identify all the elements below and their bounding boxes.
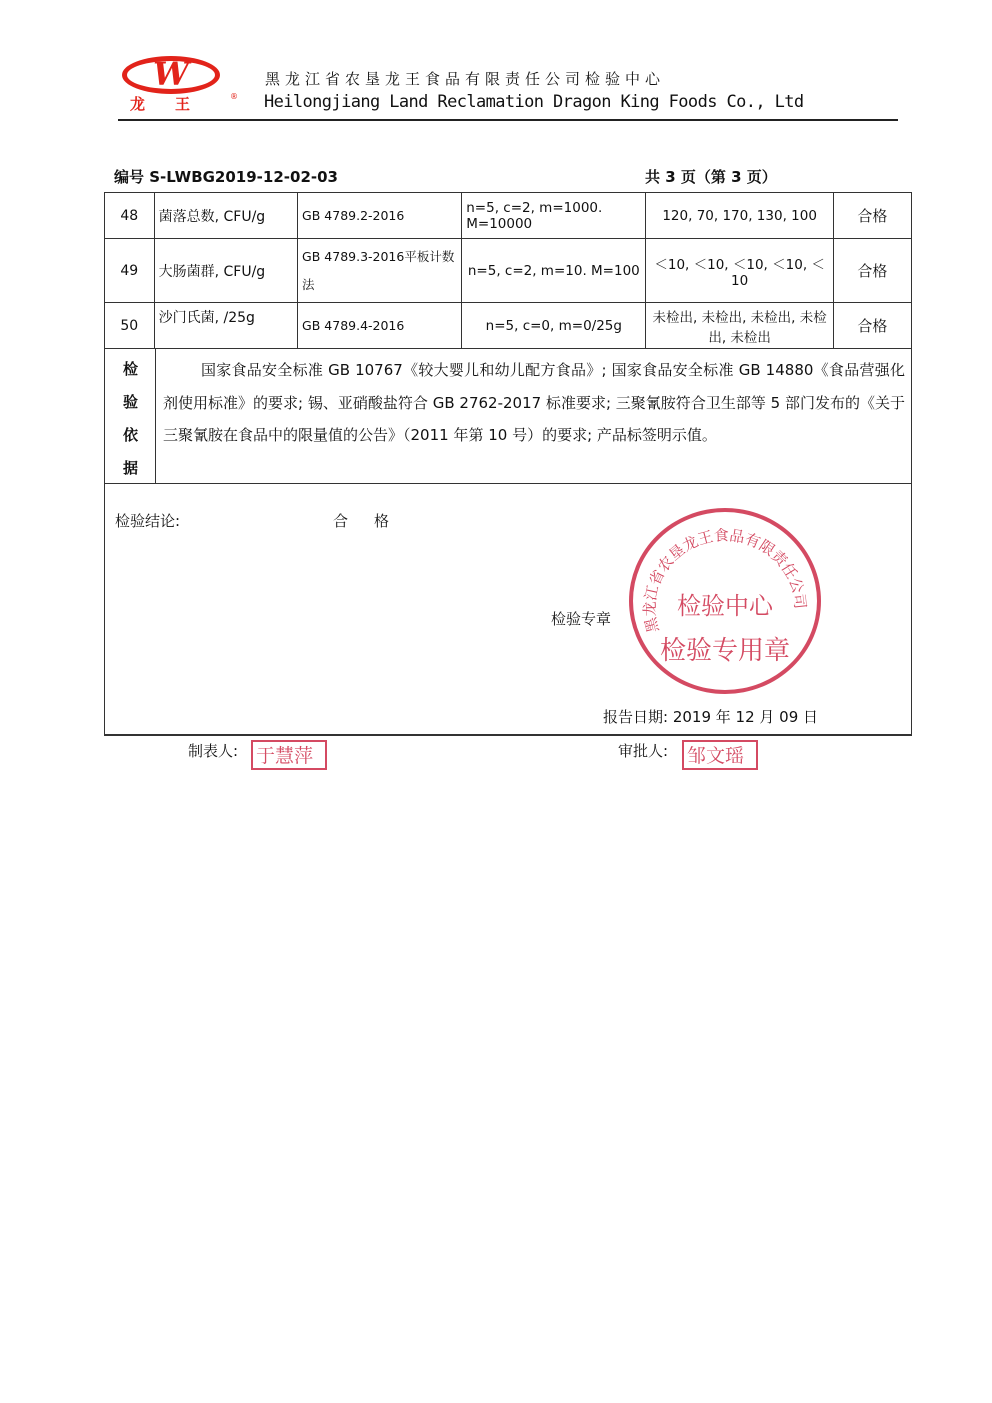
standard-limit: n=5, c=2, m=1000. M=10000: [462, 193, 646, 239]
label-char: 检: [123, 358, 138, 379]
letterhead: W 龙王 ® 黑龙江省农垦龙王食品有限责任公司检验中心 Heilongjiang…: [118, 54, 898, 120]
item-number: 49: [105, 239, 155, 303]
header-divider: [118, 119, 898, 121]
test-result: ＜10, ＜10, ＜10, ＜10, ＜10: [646, 239, 833, 303]
verdict: 合格: [833, 303, 911, 349]
signatures: 制表人: 于慧萍 审批人: 邹文瑶: [104, 736, 912, 776]
label-char: 据: [123, 457, 138, 478]
seal-center-line2: 检验专用章: [633, 630, 817, 667]
approver-name-stamp: 邹文瑶: [682, 740, 758, 770]
label-char: 验: [123, 391, 138, 412]
test-result: 120, 70, 170, 130, 100: [646, 193, 833, 239]
registered-mark-icon: ®: [230, 92, 238, 101]
item-name: 大肠菌群, CFU/g: [154, 239, 297, 303]
test-method: GB 4789.4-2016: [298, 303, 462, 349]
company-name-cn: 黑龙江省农垦龙王食品有限责任公司检验中心: [265, 68, 665, 89]
standard-limit: n=5, c=2, m=10. M=100: [462, 239, 646, 303]
document-number: 编号 S-LWBG2019-12-02-03: [114, 166, 338, 187]
table-row: 48 菌落总数, CFU/g GB 4789.2-2016 n=5, c=2, …: [105, 193, 912, 239]
table-row: 50 沙门氏菌, /25g GB 4789.4-2016 n=5, c=0, m…: [105, 303, 912, 349]
conclusion-value: 合格: [333, 510, 415, 531]
page-info: 共 3 页（第 3 页）: [645, 166, 777, 187]
inspection-basis-section: 检 验 依 据 国家食品安全标准 GB 10767《较大婴儿和幼儿配方食品》; …: [104, 348, 912, 484]
company-logo: W 龙王 ®: [118, 54, 230, 116]
company-name-en: Heilongjiang Land Reclamation Dragon Kin…: [264, 92, 804, 112]
conclusion-label: 检验结论:: [115, 510, 180, 531]
test-method: GB 4789.3-2016平板计数法: [298, 239, 462, 303]
item-number: 48: [105, 193, 155, 239]
test-method: GB 4789.2-2016: [298, 193, 462, 239]
conclusion-section: 检验结论: 合格 检验专章 黑龙江省农垦龙王食品有限责任公司 检验中心 检验专用…: [104, 484, 912, 736]
item-number: 50: [105, 303, 155, 349]
verdict: 合格: [833, 193, 911, 239]
inspection-basis-text: 国家食品安全标准 GB 10767《较大婴儿和幼儿配方食品》; 国家食品安全标准…: [163, 354, 905, 452]
maker-name-stamp: 于慧萍: [251, 740, 327, 770]
logo-letter: W: [122, 54, 220, 94]
item-name: 菌落总数, CFU/g: [154, 193, 297, 239]
maker-label: 制表人:: [188, 740, 238, 761]
test-items-table: 48 菌落总数, CFU/g GB 4789.2-2016 n=5, c=2, …: [104, 192, 912, 349]
report-date: 报告日期: 2019 年 12 月 09 日: [603, 706, 818, 727]
table-row: 49 大肠菌群, CFU/g GB 4789.3-2016平板计数法 n=5, …: [105, 239, 912, 303]
standard-limit: n=5, c=0, m=0/25g: [462, 303, 646, 349]
test-result: 未检出, 未检出, 未检出, 未检出, 未检出: [646, 303, 833, 349]
inspection-seal-stamp: 黑龙江省农垦龙王食品有限责任公司 检验中心 检验专用章: [629, 508, 821, 694]
seal-center-line1: 检验中心: [633, 586, 817, 621]
seal-label: 检验专章: [551, 608, 611, 629]
logo-brand-text: 龙王: [130, 94, 220, 114]
label-char: 依: [123, 424, 138, 445]
item-name: 沙门氏菌, /25g: [154, 303, 297, 349]
inspection-basis-label: 检 验 依 据: [105, 348, 156, 483]
approver-label: 审批人:: [618, 740, 668, 761]
verdict: 合格: [833, 239, 911, 303]
